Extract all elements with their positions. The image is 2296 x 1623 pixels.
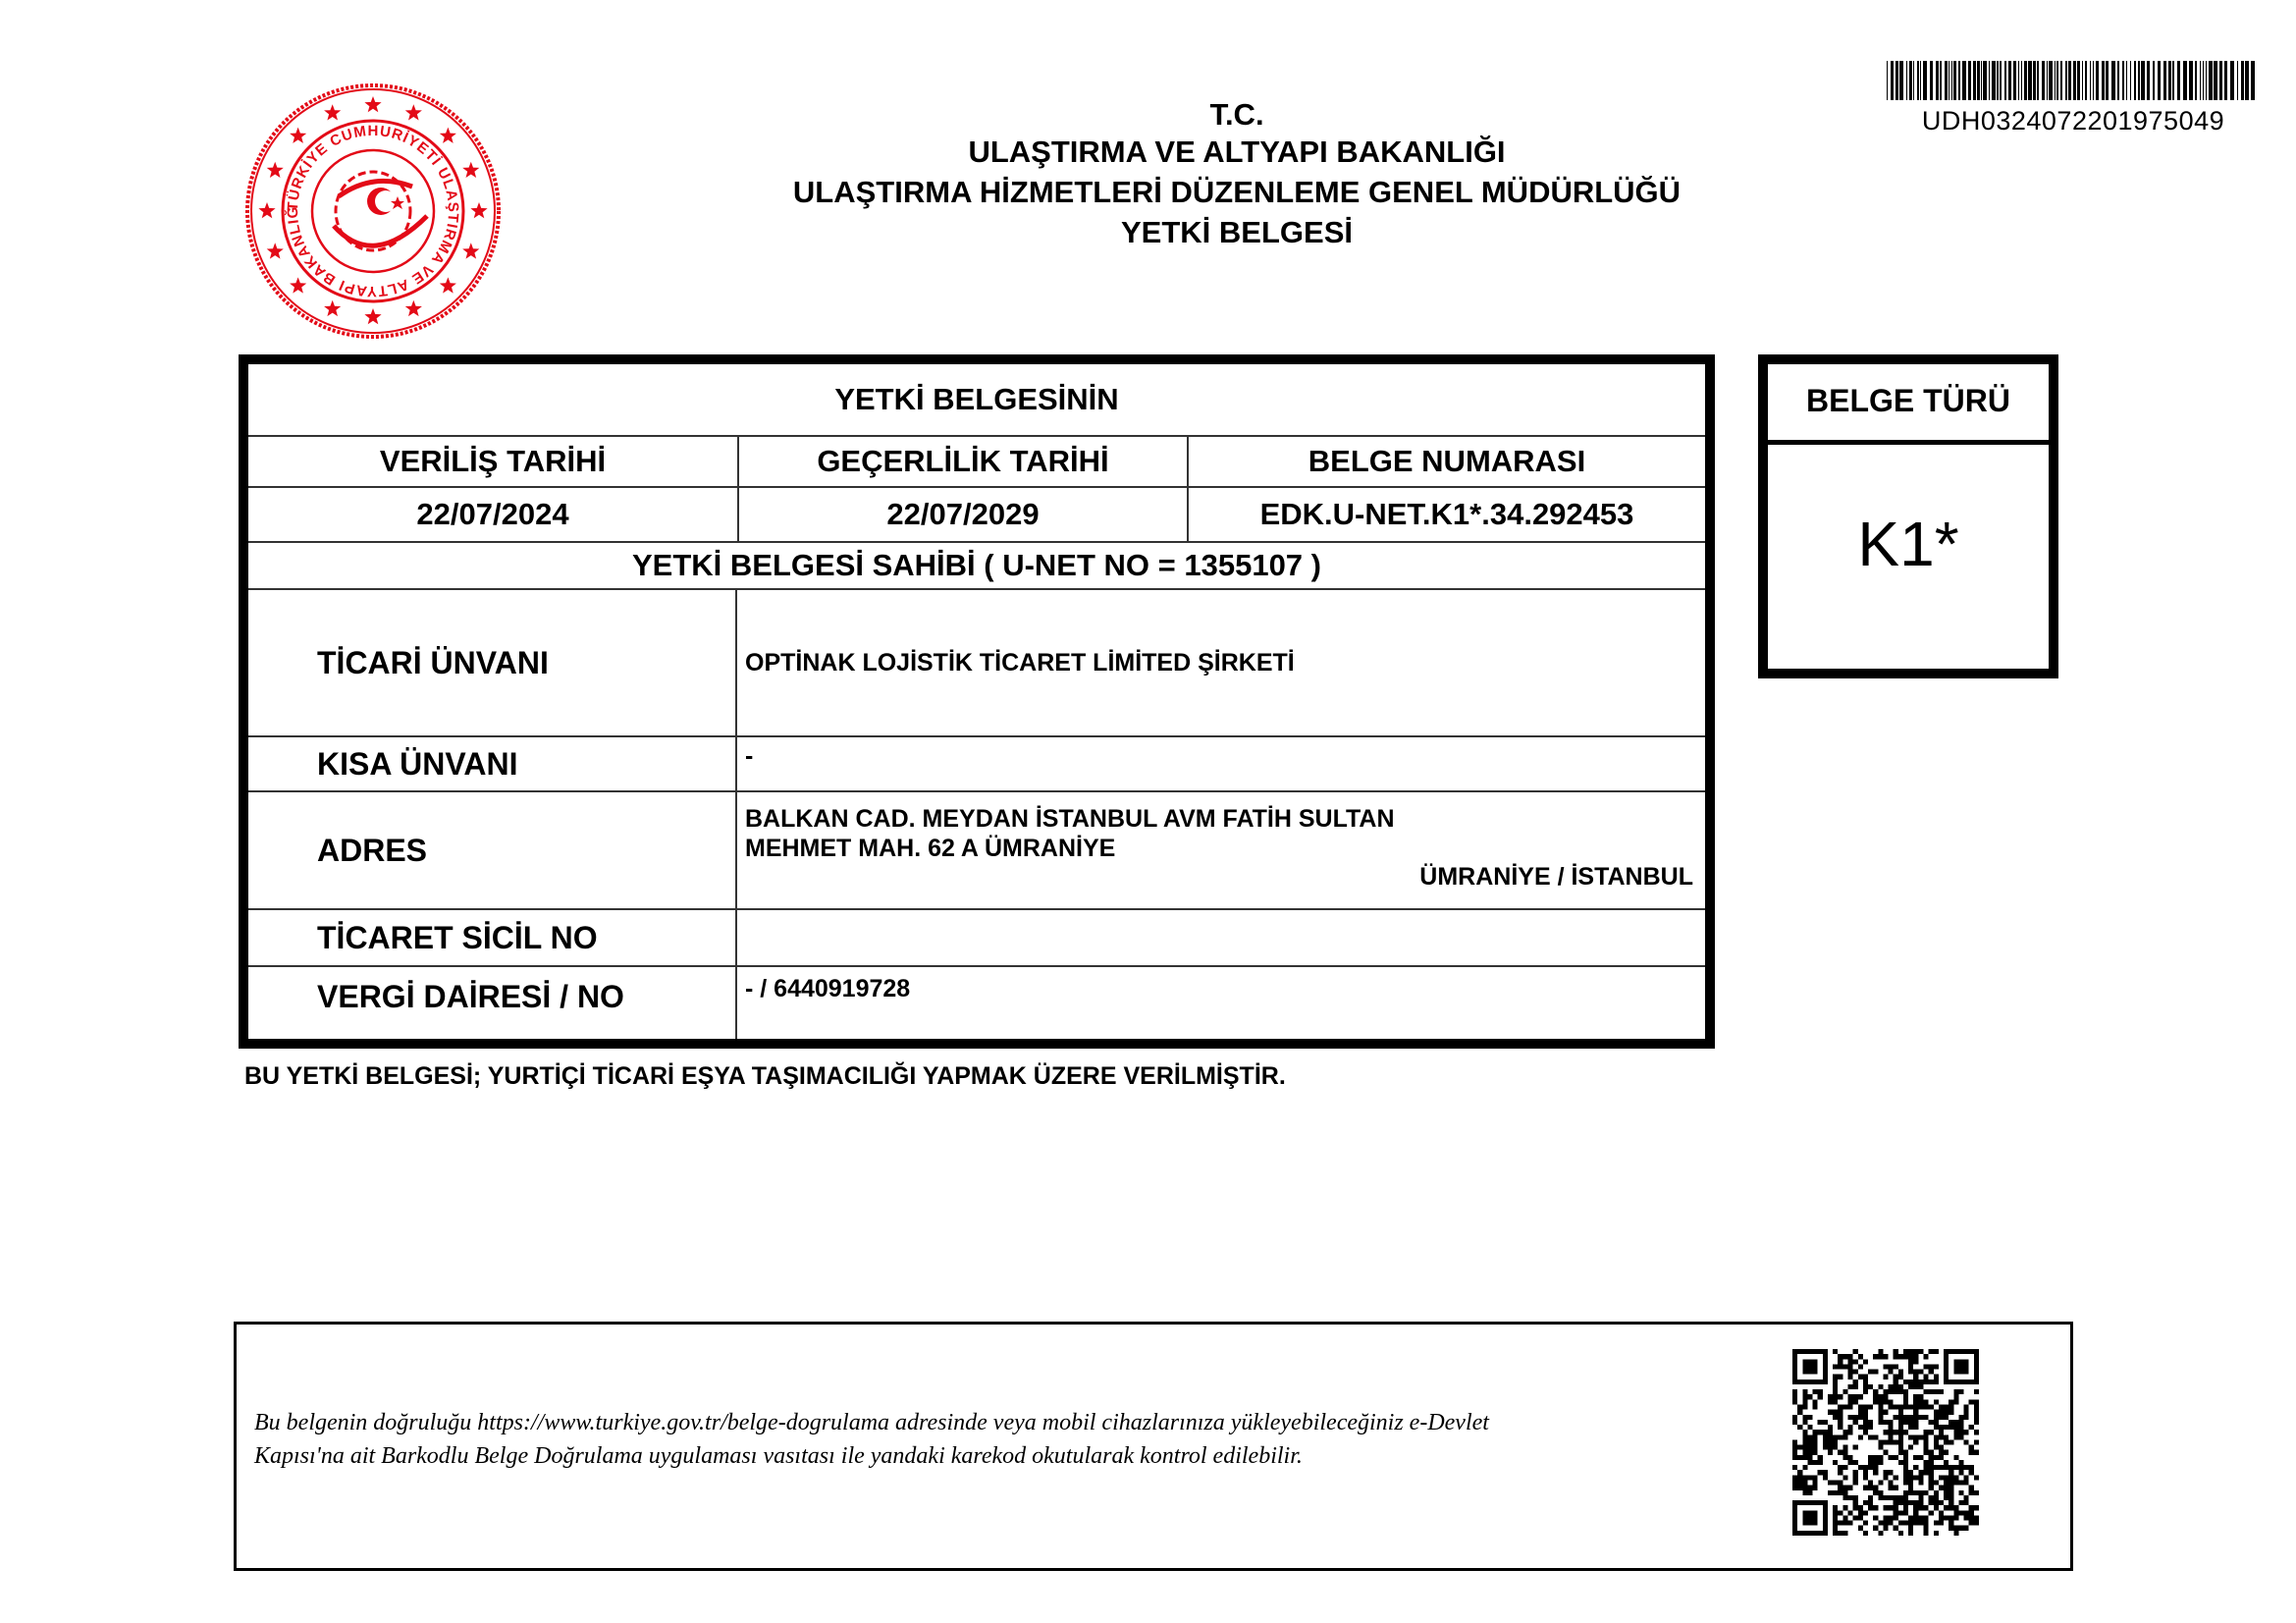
verification-box: Bu belgenin doğruluğu https://www.turkiy… [234, 1322, 2073, 1571]
column-header-document-number: BELGE NUMARASI [1189, 437, 1705, 486]
value-trade-name: OPTİNAK LOJİSTİK TİCARET LİMİTED ŞİRKETİ [745, 590, 1295, 735]
issue-date: 22/07/2024 [248, 488, 737, 541]
value-short-name: - [745, 730, 753, 783]
certificate-table: YETKİ BELGESİNİN VERİLİŞ TARİHİ GEÇERLİL… [239, 354, 1715, 1049]
label-short-name: KISA ÜNVANI [317, 737, 517, 790]
label-address: ADRES [317, 792, 427, 908]
ministry-name: ULAŞTIRMA VE ALTYAPI BAKANLIĞI [687, 134, 1787, 171]
document-number: EDK.U-NET.K1*.34.292453 [1189, 488, 1705, 541]
section-title: YETKİ BELGESİNİN [248, 364, 1705, 435]
document-title: YETKİ BELGESİ [687, 214, 1787, 251]
validity-date: 22/07/2029 [739, 488, 1187, 541]
address-line-2: MEHMET MAH. 62 A ÜMRANİYE [745, 834, 1395, 863]
scope-note: BU YETKİ BELGESİ; YURTİÇİ TİCARİ EŞYA TA… [244, 1062, 1286, 1091]
address-line-1: BALKAN CAD. MEYDAN İSTANBUL AVM FATİH SU… [745, 804, 1395, 834]
document-type-value: K1* [1768, 445, 2049, 669]
value-tax-office: - / 6440919728 [745, 959, 910, 1018]
header-tc: T.C. [687, 96, 1787, 134]
verification-line-1: Bu belgenin doğruluğu https://www.turkiy… [254, 1406, 1687, 1439]
verification-line-2: Kapısı'na ait Barkodlu Belge Doğrulama u… [254, 1439, 1687, 1473]
holder-title: YETKİ BELGESİ SAHİBİ ( U-NET NO = 135510… [248, 543, 1705, 588]
qr-code-icon [1792, 1349, 1979, 1536]
column-header-issue-date: VERİLİŞ TARİHİ [248, 437, 737, 486]
column-header-validity-date: GEÇERLİLİK TARİHİ [739, 437, 1187, 486]
label-trade-name: TİCARİ ÜNVANI [317, 590, 549, 735]
label-trade-registry: TİCARET SİCİL NO [317, 910, 598, 965]
barcode-icon [1887, 61, 2260, 100]
ministry-seal-icon: TÜRKİYE CUMHURİYETİ ULAŞTIRMA VE ALTYAPI… [240, 79, 506, 344]
document-type-box: BELGE TÜRÜ K1* [1758, 354, 2058, 678]
value-address: BALKAN CAD. MEYDAN İSTANBUL AVM FATİH SU… [745, 804, 1395, 863]
barcode-number: UDH0324072201975049 [1887, 106, 2260, 136]
directorate-name: ULAŞTIRMA HİZMETLERİ DÜZENLEME GENEL MÜD… [687, 174, 1787, 211]
address-city: ÜMRANİYE / İSTANBUL [1419, 863, 1693, 892]
label-tax-office: VERGİ DAİRESİ / NO [317, 967, 624, 1026]
document-type-title: BELGE TÜRÜ [1768, 364, 2049, 438]
verification-text: Bu belgenin doğruluğu https://www.turkiy… [254, 1406, 1687, 1473]
